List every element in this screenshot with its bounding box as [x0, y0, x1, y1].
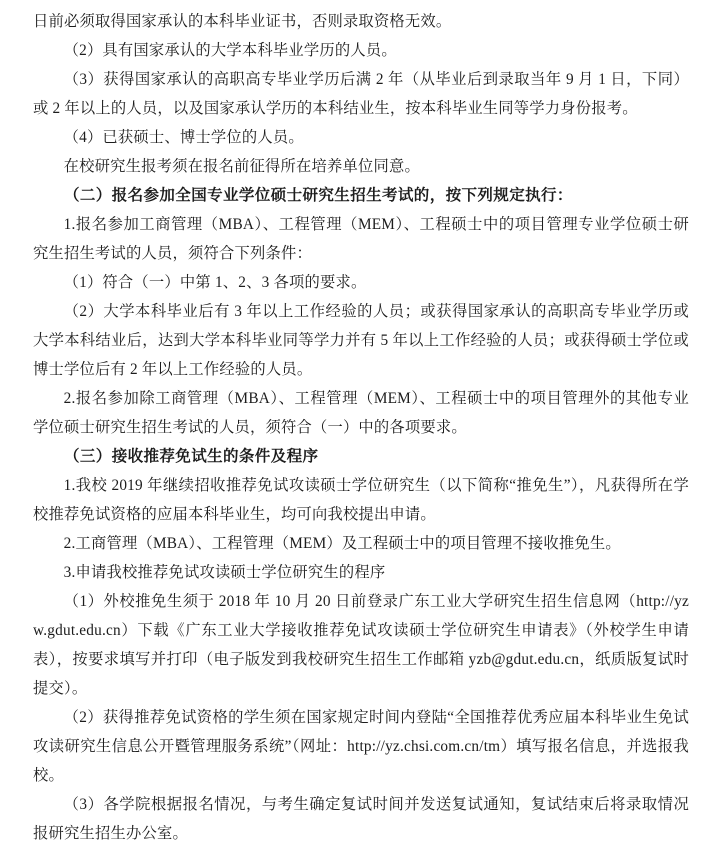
paragraph-condition-2: （2）具有国家承认的大学本科毕业学历的人员。: [33, 36, 689, 65]
paragraph-condition-3: （3）获得国家承认的高职高专毕业学历后满 2 年（从毕业后到录取当年 9 月 1…: [33, 65, 689, 123]
paragraph-enrolled-student-note: 在校研究生报考须在报名前征得所在培养单位同意。: [33, 152, 689, 181]
paragraph-procedure-3: （3）各学院根据报名情况，与考生确定复试时间并发送复试通知，复试结束后将录取情况…: [33, 790, 689, 848]
section-heading-exempt-recommendation: （三）接收推荐免试生的条件及程序: [33, 442, 689, 471]
paragraph-tuimian-2: 2.工商管理（MBA）、工程管理（MEM）及工程硕士中的项目管理不接收推免生。: [33, 529, 689, 558]
paragraph-condition-4: （4）已获硕士、博士学位的人员。: [33, 123, 689, 152]
paragraph-mba-mem-requirement: 1.报名参加工商管理（MBA）、工程管理（MEM）、工程硕士中的项目管理专业学位…: [33, 210, 689, 268]
paragraph-tuimian-3: 3.申请我校推荐免试攻读硕士学位研究生的程序: [33, 558, 689, 587]
paragraph-tuimian-1: 1.我校 2019 年继续招收推荐免试攻读硕士学位研究生（以下简称“推免生”），…: [33, 471, 689, 529]
document-page: 日前必须取得国家承认的本科毕业证书，否则录取资格无效。 （2）具有国家承认的大学…: [0, 0, 720, 860]
paragraph-other-professional-degree: 2.报名参加除工商管理（MBA）、工程管理（MEM）、工程硕士中的项目管理外的其…: [33, 384, 689, 442]
paragraph-procedure-2: （2）获得推荐免试资格的学生须在国家规定时间内登陆“全国推荐优秀应届本科毕业生免…: [33, 703, 689, 790]
section-heading-professional-degree: （二）报名参加全国专业学位硕士研究生招生考试的，按下列规定执行：: [33, 181, 689, 210]
paragraph-requirement-2: （2）大学本科毕业后有 3 年以上工作经验的人员；或获得国家承认的高职高专毕业学…: [33, 297, 689, 384]
paragraph-requirement-1: （1）符合（一）中第 1、2、3 各项的要求。: [33, 268, 689, 297]
paragraph-procedure-1: （1）外校推免生须于 2018 年 10 月 20 日前登录广东工业大学研究生招…: [33, 587, 689, 703]
paragraph-continuation: 日前必须取得国家承认的本科毕业证书，否则录取资格无效。: [33, 7, 689, 36]
